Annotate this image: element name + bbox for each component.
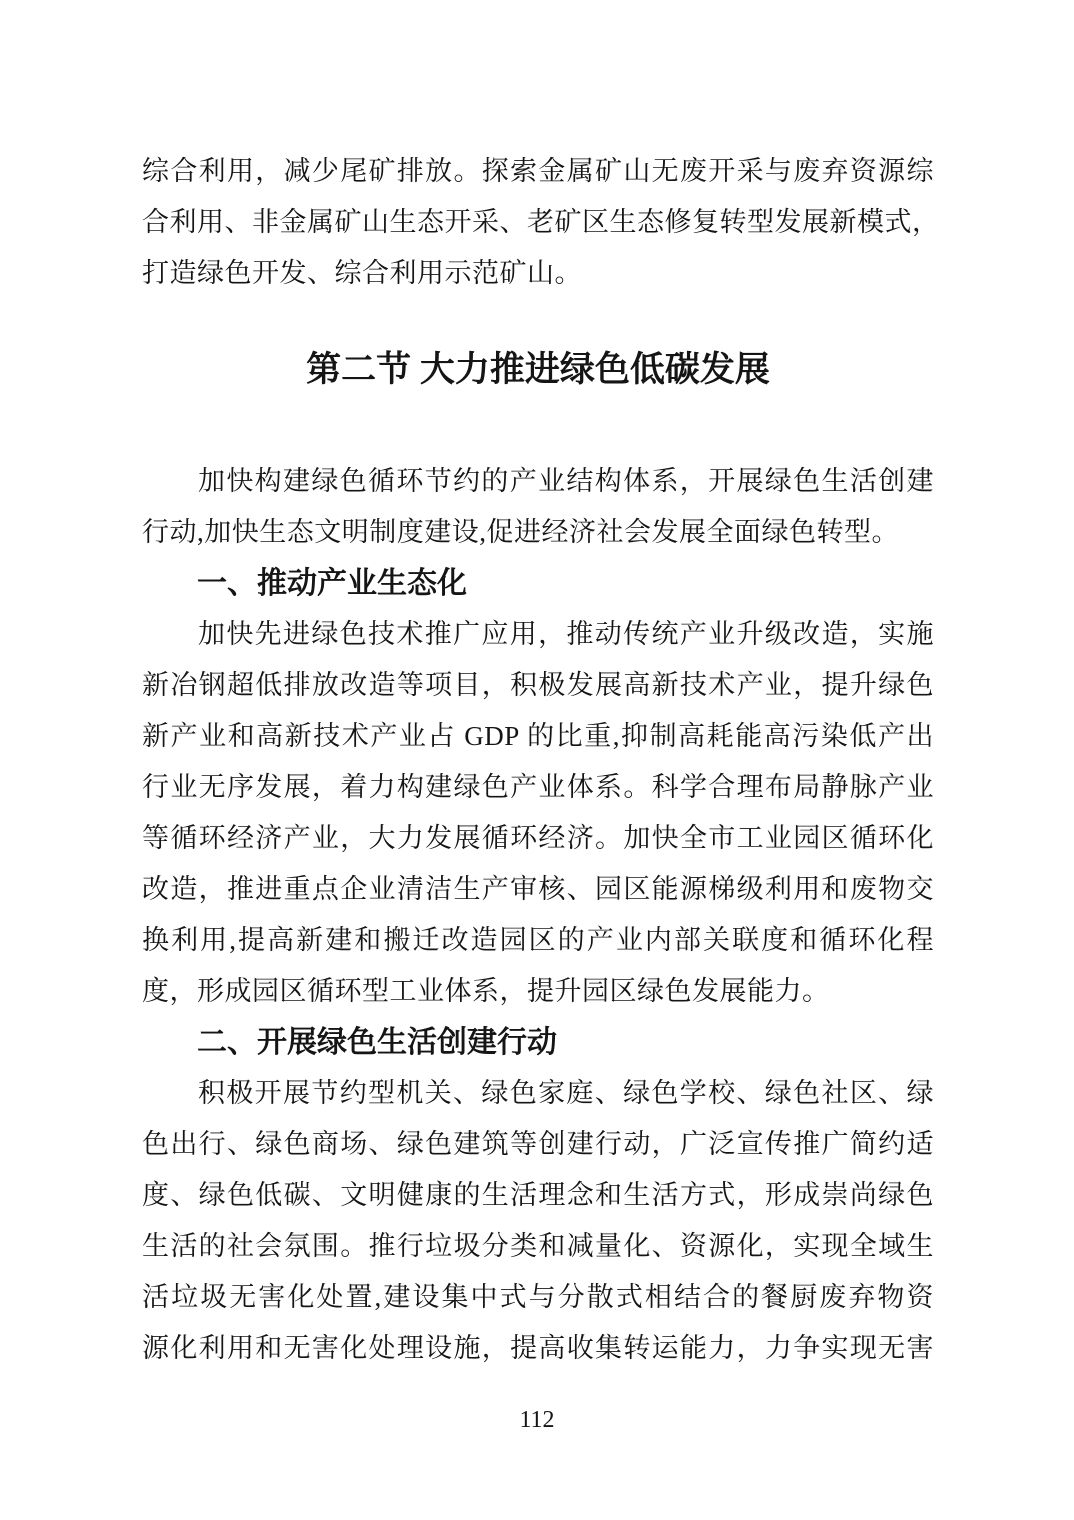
body-text: 综合利用，减少尾矿排放。探索金属矿山无废开采与废弃资源综 合利用、非金属矿山生态… (142, 146, 934, 1374)
paragraph-green-life: 积极开展节约型机关、绿色家庭、绿色学校、绿色社区、绿 色出行、绿色商场、绿色建筑… (142, 1068, 934, 1374)
text-line: 源化利用和无害化处理设施，提高收集转运能力，力争实现无害 (142, 1323, 934, 1374)
text-line: 加快先进绿色技术推广应用，推动传统产业升级改造，实施 (142, 609, 934, 660)
paragraph-intro: 加快构建绿色循环节约的产业结构体系，开展绿色生活创建 行动,加快生态文明制度建设… (142, 456, 934, 558)
text-line: 综合利用，减少尾矿排放。探索金属矿山无废开采与废弃资源综 (142, 146, 934, 197)
text-line: 合利用、非金属矿山生态开采、老矿区生态修复转型发展新模式， (142, 197, 934, 248)
document-page: 综合利用，减少尾矿排放。探索金属矿山无废开采与废弃资源综 合利用、非金属矿山生态… (0, 0, 1074, 1520)
text-line: 等循环经济产业，大力发展循环经济。加快全市工业园区循环化 (142, 813, 934, 864)
paragraph-industry-ecology: 加快先进绿色技术推广应用，推动传统产业升级改造，实施 新冶钢超低排放改造等项目，… (142, 609, 934, 1017)
text-line: 行动,加快生态文明制度建设,促进经济社会发展全面绿色转型。 (142, 507, 934, 558)
text-line: 色出行、绿色商场、绿色建筑等创建行动，广泛宣传推广简约适 (142, 1119, 934, 1170)
text-line: 改造，推进重点企业清洁生产审核、园区能源梯级利用和废物交 (142, 864, 934, 915)
subsection-heading-1: 一、推动产业生态化 (142, 558, 934, 609)
text-line: 新冶钢超低排放改造等项目，积极发展高新技术产业，提升绿色 (142, 660, 934, 711)
text-line: 度、绿色低碳、文明健康的生活理念和生活方式，形成崇尚绿色 (142, 1170, 934, 1221)
text-line: 换利用,提高新建和搬迁改造园区的产业内部关联度和循环化程 (142, 915, 934, 966)
text-line: 活垃圾无害化处置,建设集中式与分散式相结合的餐厨废弃物资 (142, 1272, 934, 1323)
text-line: 生活的社会氛围。推行垃圾分类和减量化、资源化，实现全域生 (142, 1221, 934, 1272)
section-heading: 第二节 大力推进绿色低碳发展 (142, 348, 934, 392)
subsection-heading-2: 二、开展绿色生活创建行动 (142, 1017, 934, 1068)
text-line: 行业无序发展，着力构建绿色产业体系。科学合理布局静脉产业 (142, 762, 934, 813)
text-line: 积极开展节约型机关、绿色家庭、绿色学校、绿色社区、绿 (142, 1068, 934, 1119)
text-line: 打造绿色开发、综合利用示范矿山。 (142, 248, 934, 299)
text-line: 加快构建绿色循环节约的产业结构体系，开展绿色生活创建 (142, 456, 934, 507)
page-number: 112 (0, 1402, 1074, 1438)
text-line: 新产业和高新技术产业占 GDP 的比重,抑制高耗能高污染低产出 (142, 711, 934, 762)
text-line: 度，形成园区循环型工业体系，提升园区绿色发展能力。 (142, 966, 934, 1017)
paragraph-continued: 综合利用，减少尾矿排放。探索金属矿山无废开采与废弃资源综 合利用、非金属矿山生态… (142, 146, 934, 299)
